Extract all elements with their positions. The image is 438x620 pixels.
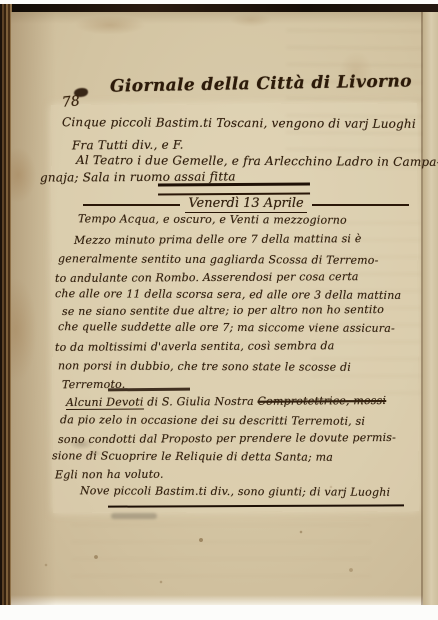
date-rule-right [312,204,409,206]
entry-date-row: Venerdì 13 Aprile [83,196,409,213]
pencil-smudge [111,513,157,519]
section-divider-double-rule [158,182,310,195]
ships-line: Nove piccoli Bastim.ti div., sono giunti… [80,484,390,499]
entry-line: che alle ore 11 della scorsa sera, ed al… [55,287,401,302]
struck-phrase: Comprotettrice, mossi [257,394,386,408]
journal-title: Giornale della Città di Livorno [110,71,412,96]
intro-line: Al Teatro i due Gemelle, e fra Arlecchin… [76,153,438,169]
entry-line: Egli non ha voluto. [55,468,164,482]
date-rule-left [83,204,180,206]
entry-line: to andulante con Rombo. Asserendosi per … [55,270,359,285]
entry-end-rule [108,504,404,507]
scanned-manuscript-photo: 78 Giornale della Città di Livorno Cinqu… [0,0,438,620]
intro-line: Fra Tutti div., e F. [72,138,184,153]
line-text: di S. Giulia Nostra [143,395,257,409]
entry-line: che quelle suddette alle ore 7; ma sicco… [58,320,395,335]
entry-line: sono condotti dal Proposto per prendere … [58,431,396,446]
entry-line: Tempo Acqua, e oscuro, e Venti a mezzogi… [78,212,347,226]
entry-line: se ne siano sentite due altre; io per al… [62,303,384,318]
entry-line: Alcuni Devoti di S. Giulia Nostra Compro… [66,394,386,409]
manuscript-page: 78 Giornale della Città di Livorno Cinqu… [11,12,438,605]
entry-line: da pio zelo in occasione dei su descritt… [60,413,365,428]
entry-date-heading: Venerdì 13 Aprile [185,196,306,213]
page-number: 78 [61,93,80,111]
paragraph-divider-rule [108,388,190,392]
handwritten-text-layer: 78 Giornale della Città di Livorno Cinqu… [11,12,438,605]
intro-line: Cinque piccoli Bastim.ti Toscani, vengon… [62,115,416,131]
entry-line: generalmente sentito una gagliarda Scoss… [58,252,379,267]
entry-line: non porsi in dubbio, che tre sono state … [58,359,351,374]
entry-line: Mezzo minuto prima delle ore 7 della mat… [74,232,362,247]
entry-line: sione di Scuoprire le Reliquie di detta … [52,449,333,463]
entry-line: to da moltissimi d'averla sentita, così … [55,339,335,354]
underlined-phrase: Alcuni Devoti [66,396,144,410]
